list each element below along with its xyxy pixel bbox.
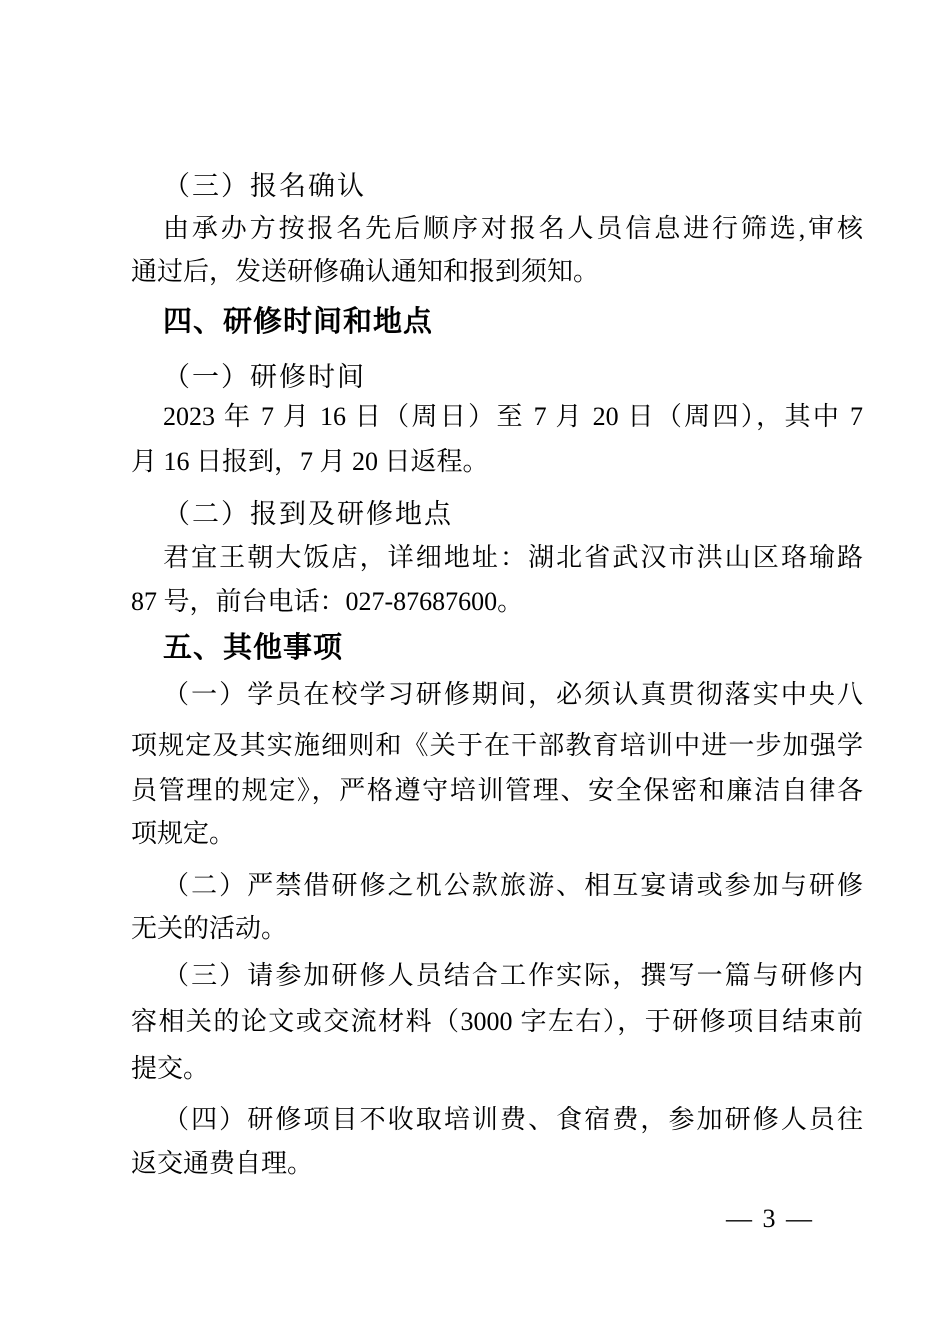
paragraph-line: 2023 年 7 月 16 日（周日）至 7 月 20 日（周四），其中 7 xyxy=(131,395,863,439)
paragraph-line: （一）学员在校学习研修期间，必须认真贯彻落实中央八 xyxy=(131,673,863,717)
page-number: — 3 — xyxy=(700,1197,840,1241)
subsection-heading-checkin-location: （二）报到及研修地点 xyxy=(131,492,863,536)
paragraph-line: 返交通费自理。 xyxy=(131,1142,863,1186)
document-page: （三）报名确认 由承办方按报名先后顺序对报名人员信息进行筛选,审核 通过后，发送… xyxy=(0,0,937,1329)
paragraph-line: 员管理的规定》，严格遵守培训管理、安全保密和廉洁自律各 xyxy=(131,769,863,813)
paragraph-line: 87 号，前台电话：027-87687600。 xyxy=(131,580,863,624)
paragraph-line: （三）请参加研修人员结合工作实际，撰写一篇与研修内 xyxy=(131,954,863,998)
paragraph-line: 君宜王朝大饭店，详细地址：湖北省武汉市洪山区珞瑜路 xyxy=(131,536,863,580)
paragraph-line: 通过后，发送研修确认通知和报到须知。 xyxy=(131,250,863,294)
paragraph-line: 月 16 日报到，7 月 20 日返程。 xyxy=(131,440,863,484)
subsection-heading-registration-confirmation: （三）报名确认 xyxy=(131,164,863,208)
paragraph-line: （二）严禁借研修之机公款旅游、相互宴请或参加与研修 xyxy=(131,864,863,908)
paragraph-line: 由承办方按报名先后顺序对报名人员信息进行筛选,审核 xyxy=(131,207,863,251)
paragraph-line: 提交。 xyxy=(131,1047,863,1091)
paragraph-line: （四）研修项目不收取培训费、食宿费，参加研修人员往 xyxy=(131,1098,863,1142)
section-heading-other-matters: 五、其他事项 xyxy=(131,626,863,670)
subsection-heading-training-time: （一）研修时间 xyxy=(131,355,863,399)
section-heading-time-and-location: 四、研修时间和地点 xyxy=(131,300,863,344)
paragraph-line: 容相关的论文或交流材料（3000 字左右），于研修项目结束前 xyxy=(131,1000,863,1044)
paragraph-line: 无关的活动。 xyxy=(131,907,863,951)
paragraph-line: 项规定。 xyxy=(131,812,863,856)
paragraph-line: 项规定及其实施细则和《关于在干部教育培训中进一步加强学 xyxy=(131,724,863,768)
